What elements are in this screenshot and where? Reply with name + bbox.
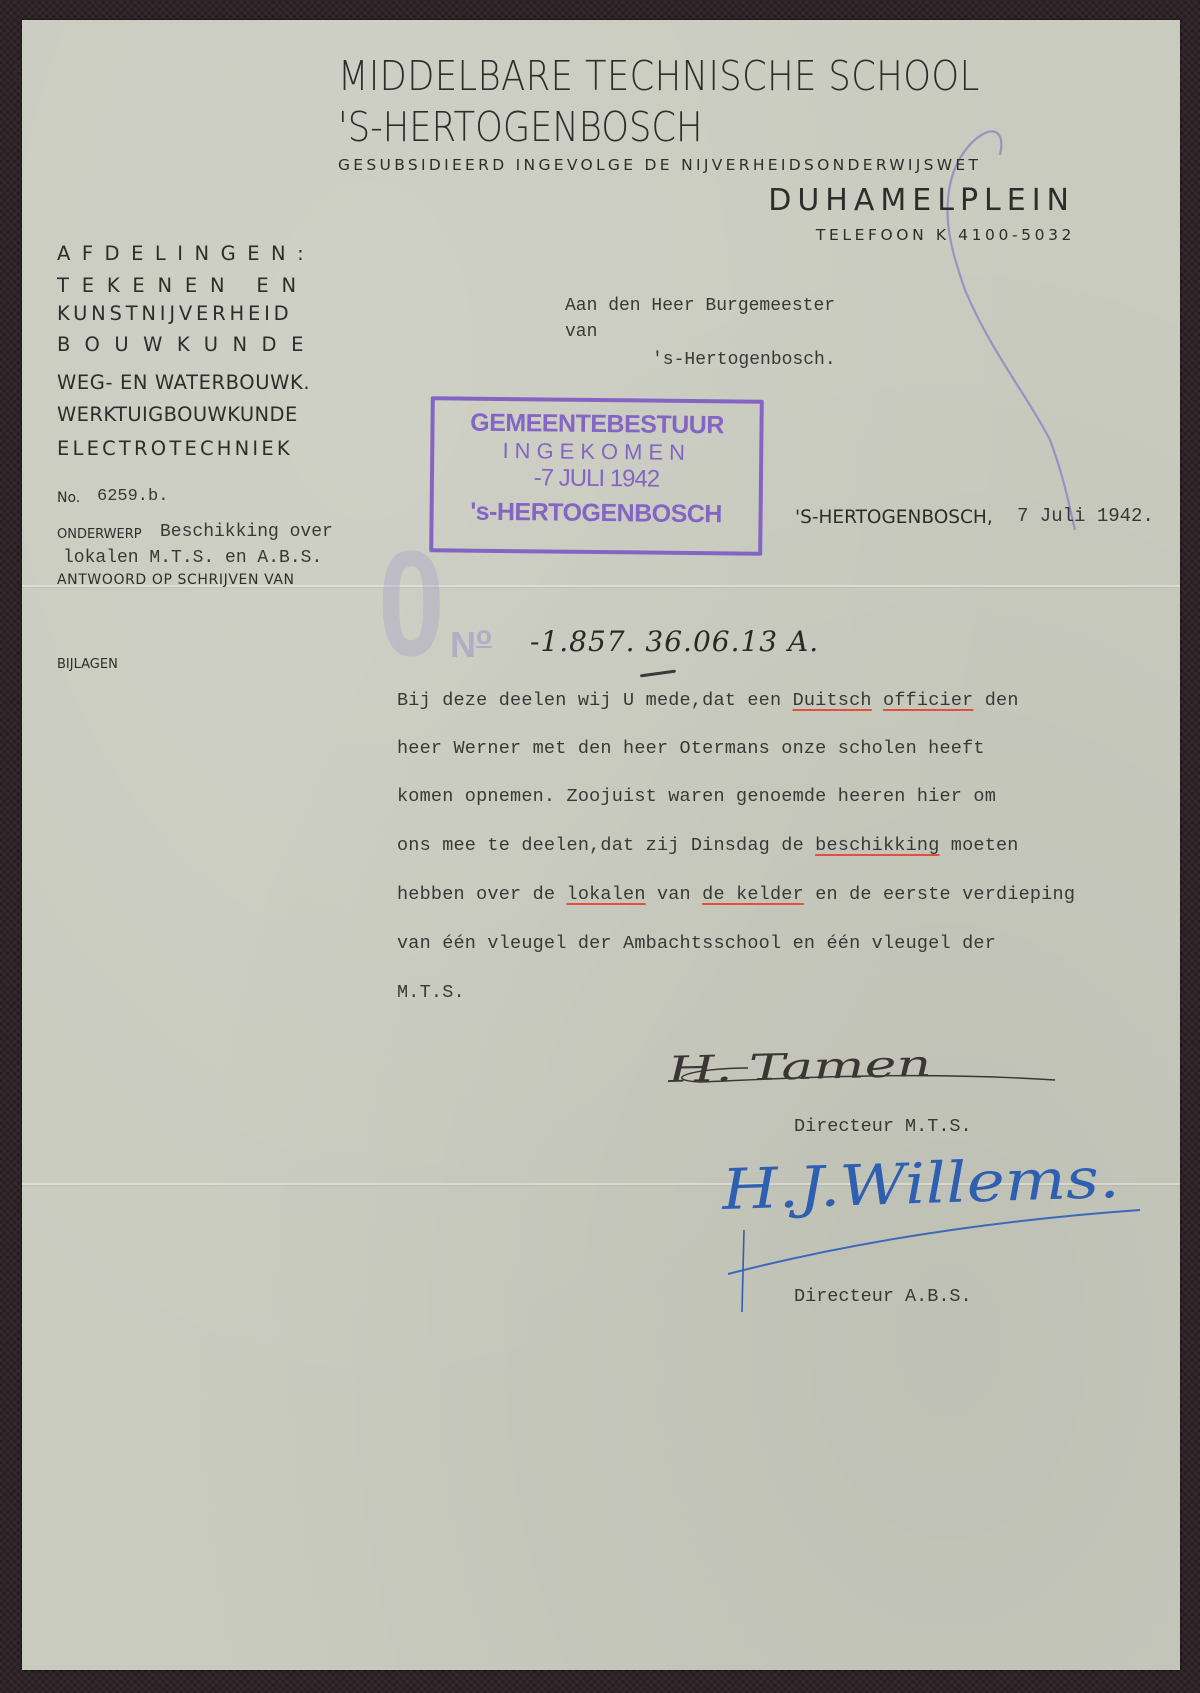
addressee-line: 's-Hertogenbosch. [652,350,836,370]
body-line: komen opnemen. Zoojuist waren genoemde h… [397,786,996,807]
school-name: MIDDELBARE TECHNISCHE SCHOOL [338,52,980,100]
stamp-date: -7 JULI 1942 [434,465,759,492]
department-item: BOUWKUNDE [57,333,318,356]
registry-stamp-no: No [450,620,492,666]
number-label: No. [57,490,80,506]
subject-line: Beschikking over [160,522,333,542]
phone-number: TELEFOON K 4100-5032 [816,226,1075,244]
handwritten-reference: -1.857. 36.06.13 A. [530,625,819,658]
body-line: heer Werner met den heer Otermans onze s… [397,738,985,759]
number-value: 6259.b. [97,487,168,506]
signatory-title: Directeur A.B.S. [794,1286,972,1307]
departments-heading: AFDELINGEN: [57,242,315,265]
underlined-phrase: beschikking [815,835,939,856]
underlined-phrase: lokalen [567,884,646,905]
addressee-line: van [565,322,597,342]
stamp-line: 's-HERTOGENBOSCH [433,499,758,527]
body-line: Bij deze deelen wij U mede,dat een Duits… [397,690,1019,711]
underlined-phrase: de kelder [702,884,804,905]
dateline-place: 'S-HERTOGENBOSCH, [795,507,993,528]
received-stamp: GEMEENTEBESTUUR INGEKOMEN -7 JULI 1942 '… [429,396,764,555]
subject-line: lokalen M.T.S. en A.B.S. [63,548,322,568]
body-line: hebben over de lokalen van de kelder en … [397,884,1075,905]
enclosures-label: BIJLAGEN [57,657,118,672]
underlined-phrase: Duitsch [793,690,872,711]
department-item: TEKENEN EN [57,274,309,297]
signature-director-abs: H.J.Willems. [721,1146,1121,1223]
stamp-line: INGEKOMEN [434,439,759,464]
department-item: ELECTROTECHNIEK [57,437,293,460]
street-address: DUHAMELPLEIN [768,183,1075,218]
dateline-date: 7 Juli 1942. [1017,505,1154,527]
addressee-line: Aan den Heer Burgemeester [565,296,835,316]
reply-label: ANTWOORD OP SCHRIJVEN VAN [57,572,295,588]
subject-label: ONDERWERP [57,527,142,542]
school-city: 'S-HERTOGENBOSCH [338,103,703,151]
stamp-line: GEMEENTEBESTUUR [434,410,759,438]
signatory-title: Directeur M.T.S. [794,1116,972,1137]
body-line: ons mee te deelen,dat zij Dinsdag de bes… [397,835,1019,856]
body-line: van één vleugel der Ambachtsschool en éé… [397,933,996,954]
body-line: M.T.S. [397,982,465,1003]
department-item: KUNSTNIJVERHEID [57,302,292,325]
department-item: WERKTUIGBOUWKUNDE [57,403,298,426]
side-code: ZND [12,58,22,84]
subsidy-line: GESUBSIDIEERD INGEVOLGE DE NIJVERHEIDSON… [338,156,981,174]
department-item: WEG- EN WATERBOUWK. [57,371,310,394]
signature-director-mts: H. Tamen [667,1044,932,1091]
registry-stamp-digit: 0 [378,528,445,678]
underlined-phrase: officier [883,690,973,711]
